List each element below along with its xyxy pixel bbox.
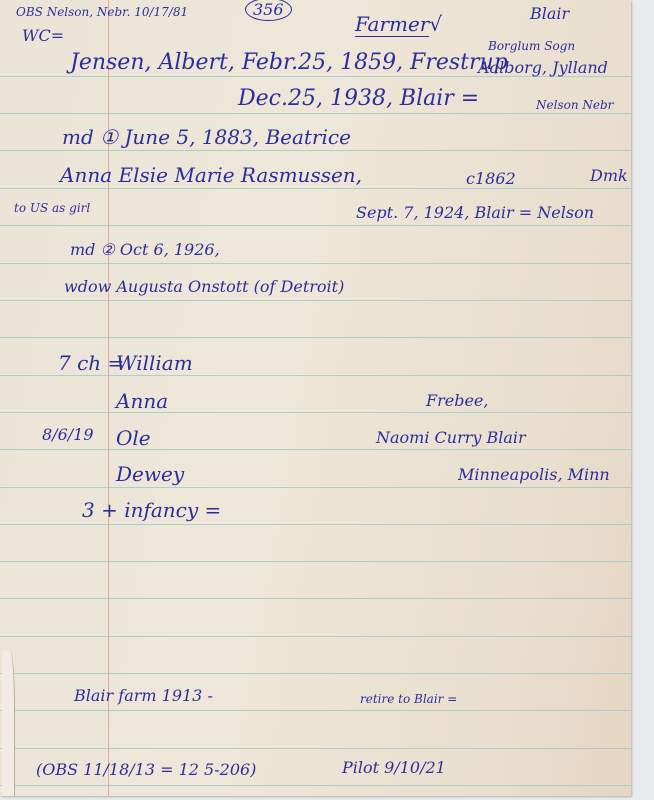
subject-death: Dec.25, 1938, Blair = <box>238 88 479 110</box>
notebook-page: OBS Nelson, Nebr. 10/17/81 356 WC= Farme… <box>0 0 631 796</box>
retire-note: retire to Blair = <box>360 693 457 705</box>
pilot-ref: Pilot 9/10/21 <box>342 760 446 776</box>
spouse-1-birthplace: Dmk <box>590 168 628 184</box>
spouse-1-name: Anna Elsie Marie Rasmussen, <box>60 165 362 185</box>
occupation: Farmer√ <box>355 14 442 34</box>
child-name: Dewey <box>116 464 184 484</box>
margin-note-immigration: to US as girl <box>14 202 90 214</box>
obituary-ref: (OBS 11/18/13 = 12 5-206) <box>36 762 256 778</box>
child-note: Frebee, <box>426 393 488 409</box>
ruled-line <box>0 785 631 786</box>
ruled-line <box>0 188 631 189</box>
marriage-2: md ② Oct 6, 1926, <box>70 242 220 258</box>
ruled-line <box>0 710 631 711</box>
ruled-line <box>0 449 631 450</box>
ruled-line <box>0 598 631 599</box>
ruled-line <box>0 412 631 413</box>
spouse-1-birth: c1862 <box>466 171 516 187</box>
child-name: William <box>116 353 193 373</box>
subject-name-birth: Jensen, Albert, Febr.25, 1859, Frestrup <box>70 52 508 74</box>
child-note: Naomi Curry Blair <box>376 430 526 446</box>
ruled-line <box>0 113 631 114</box>
ruled-line <box>0 487 631 488</box>
ruled-line <box>0 225 631 226</box>
infancy-deaths: 3 + infancy = <box>82 500 221 520</box>
ruled-line <box>0 636 631 637</box>
burial-place: Nelson Nebr <box>536 99 613 111</box>
margin-line <box>108 0 109 796</box>
child-name: Anna <box>116 391 168 411</box>
child-note: Minneapolis, Minn <box>458 467 610 483</box>
ruled-line <box>0 300 631 301</box>
farm-note: Blair farm 1913 - <box>74 688 213 704</box>
header-location: Blair <box>530 6 569 22</box>
child-margin-date: 8/6/19 <box>42 427 94 443</box>
spouse-2-name: wdow Augusta Onstott (of Detroit) <box>64 279 344 295</box>
ruled-line <box>0 673 631 674</box>
ruled-line <box>0 561 631 562</box>
wc-mark: WC= <box>22 28 64 44</box>
child-name: Ole <box>116 428 151 448</box>
ruled-line <box>0 337 631 338</box>
marriage-1: md ① June 5, 1883, Beatrice <box>62 127 351 147</box>
ruled-line <box>0 748 631 749</box>
ruled-line <box>0 263 631 264</box>
ruled-line <box>0 150 631 151</box>
ruled-line <box>0 524 631 525</box>
ruled-line <box>0 375 631 376</box>
spouse-1-death: Sept. 7, 1924, Blair = Nelson <box>356 205 594 221</box>
record-number: 356 <box>245 2 292 18</box>
check-mark: √ <box>429 12 442 36</box>
source-note: OBS Nelson, Nebr. 10/17/81 <box>16 6 188 18</box>
birthplace: Aalborg, Jylland <box>478 60 608 76</box>
birthplace-parish: Borglum Sogn <box>488 40 575 52</box>
children-label: 7 ch = <box>58 353 124 373</box>
torn-edge <box>2 650 15 796</box>
